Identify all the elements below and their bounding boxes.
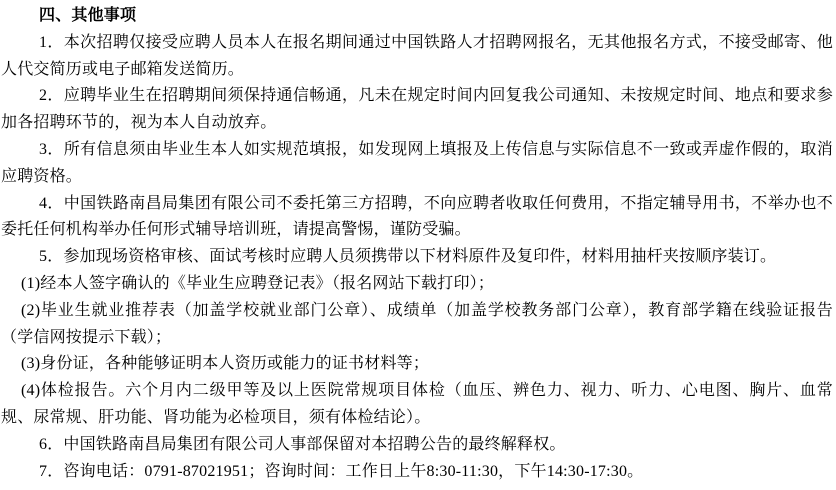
sub-item-3: (3)身份证，各种能够证明本人资历或能力的证书材料等； xyxy=(1,351,833,378)
item-3: 3．所有信息须由毕业生本人如实规范填报，如发现网上填报及上传信息与实际信息不一致… xyxy=(1,137,833,191)
sub-item-2: (2)毕业生就业推荐表（加盖学校就业部门公章）、成绩单（加盖学校教务部门公章），… xyxy=(1,298,833,352)
item-1: 1．本次招聘仅接受应聘人员本人在报名期间通过中国铁路人才招聘网报名，无其他报名方… xyxy=(1,30,833,84)
other-matters-section: 四、其他事项 1．本次招聘仅接受应聘人员本人在报名期间通过中国铁路人才招聘网报名… xyxy=(0,0,836,485)
item-5: 5．参加现场资格审核、面试考核时应聘人员须携带以下材料原件及复印件，材料用抽杆夹… xyxy=(1,244,833,271)
item-4: 4．中国铁路南昌局集团有限公司不委托第三方招聘，不向应聘者收取任何费用，不指定辅… xyxy=(1,191,833,245)
item-2: 2．应聘毕业生在招聘期间须保持通信畅通，凡未在规定时间内回复我公司通知、未按规定… xyxy=(1,83,833,137)
section-heading: 四、其他事项 xyxy=(1,3,833,30)
item-6: 6．中国铁路南昌局集团有限公司人事部保留对本招聘公告的最终解释权。 xyxy=(1,432,833,459)
item-7: 7．咨询电话：0791-87021951；咨询时间：工作日上午8:30-11:3… xyxy=(1,459,833,486)
sub-item-1: (1)经本人签字确认的《毕业生应聘登记表》（报名网站下载打印）； xyxy=(1,271,833,298)
sub-item-4: (4)体检报告。六个月内二级甲等及以上医院常规项目体检（血压、辨色力、视力、听力… xyxy=(1,378,833,432)
